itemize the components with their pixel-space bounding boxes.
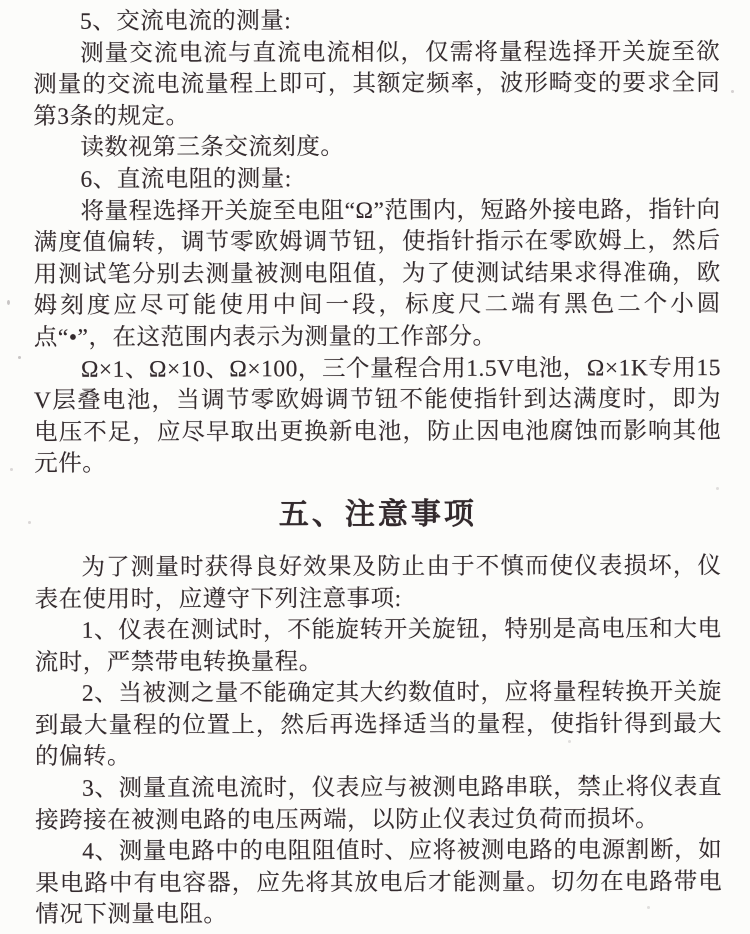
document-content: 5、交流电流的测量: 测量交流电流与直流电流相似，仅需将量程选择开关旋至欲测量的… bbox=[33, 5, 722, 932]
scan-speck bbox=[10, 468, 13, 471]
scan-speck bbox=[568, 740, 571, 743]
scan-speck bbox=[731, 90, 734, 93]
scan-speck bbox=[28, 521, 31, 524]
note-1: 1、仪表在测试时，不能旋转开关旋钮，特别是高电压和大电流时，严禁带电转换量程。 bbox=[35, 614, 722, 679]
scan-speck bbox=[712, 237, 715, 240]
scan-speck bbox=[18, 356, 21, 359]
scan-speck bbox=[347, 239, 351, 242]
note-3: 3、测量直流电流时，仪表应与被测电路串联，禁止将仪表直接跨接在被测电路的电压两端… bbox=[35, 772, 722, 837]
item6-battery-paragraph: Ω×1、Ω×10、Ω×100，三个量程合用1.5V电池，Ω×1K专用15V层叠电… bbox=[34, 353, 721, 481]
scan-speck bbox=[647, 906, 650, 909]
section-measurements: 5、交流电流的测量: 测量交流电流与直流电流相似，仅需将量程选择开关旋至欲测量的… bbox=[33, 5, 721, 481]
scan-speck bbox=[716, 487, 719, 490]
notes-intro: 为了测量时获得良好效果及防止由于不慎而使仪表损坏，仪表在使用时，应遵守下列注意事… bbox=[34, 551, 721, 616]
item5-note: 读数视第三条交流刻度。 bbox=[33, 131, 720, 164]
notes-section-heading: 五、注意事项 bbox=[34, 495, 721, 535]
item5-title: 5、交流电流的测量: bbox=[33, 5, 720, 38]
note-4: 4、测量电路中的电阻阻值时、应将被测电路的电源割断，如果电路中有电容器，应先将其… bbox=[35, 835, 722, 932]
note-2: 2、当被测之量不能确定其大约数值时，应将量程转换开关旋到最大量程的位置上，然后再… bbox=[35, 677, 722, 774]
section-notes: 为了测量时获得良好效果及防止由于不慎而使仪表损坏，仪表在使用时，应遵守下列注意事… bbox=[34, 551, 722, 932]
item6-title: 6、直流电阻的测量: bbox=[33, 163, 720, 196]
item6-body: 将量程选择开关旋至电阻“Ω”范围内，短路外接电路，指针向满度值偏转，调节零欧姆调… bbox=[33, 195, 720, 355]
scanned-document-page: 5、交流电流的测量: 测量交流电流与直流电流相似，仅需将量程选择开关旋至欲测量的… bbox=[0, 0, 750, 934]
scan-speck bbox=[7, 300, 10, 305]
item5-body: 测量交流电流与直流电流相似，仅需将量程选择开关旋至欲测量的交流电流量程上即可，其… bbox=[33, 37, 720, 134]
